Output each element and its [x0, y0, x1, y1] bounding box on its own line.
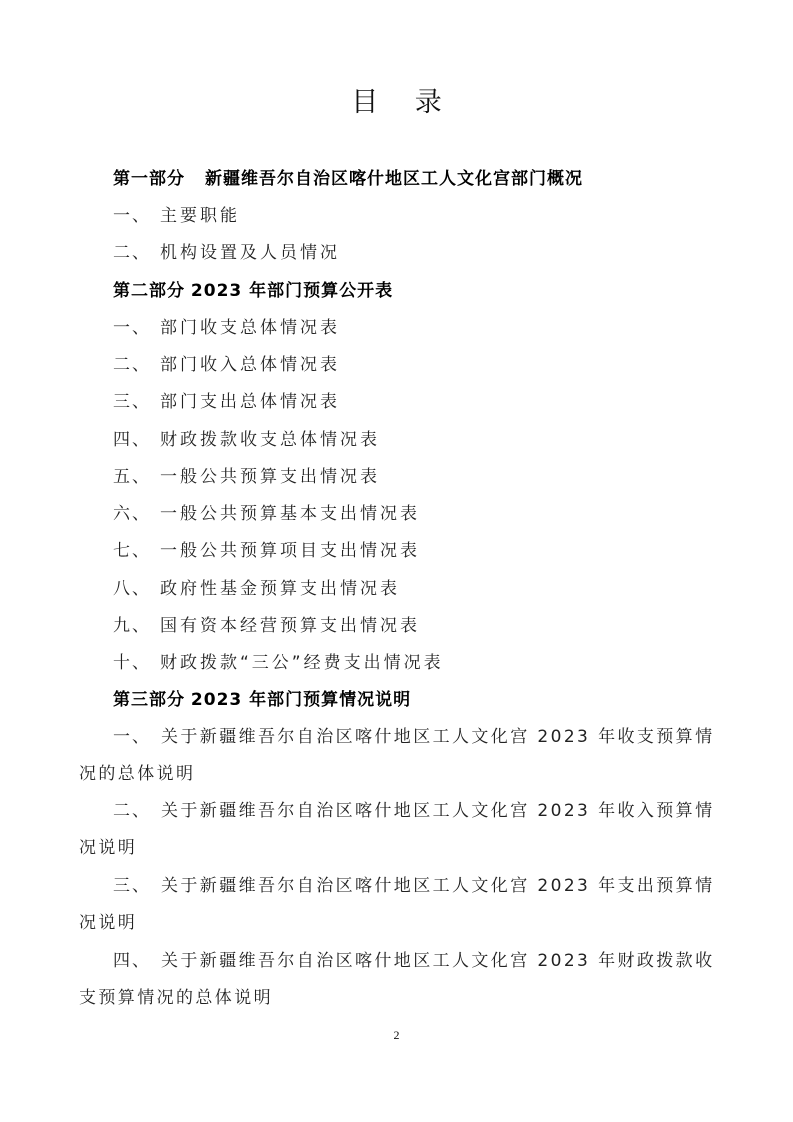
- item-text: 关于新疆维吾尔自治区喀什地区工人文化宫 2023 年财政拨款收支预算情况的总体说…: [79, 951, 714, 1008]
- item-number: 二、: [113, 241, 160, 265]
- toc-item: 三、部门支出总体情况表: [113, 390, 340, 414]
- part-title: 新疆维吾尔自治区喀什地区工人文化宫部门概况: [205, 169, 583, 189]
- item-number: 六、: [113, 502, 160, 526]
- toc-paragraph-item: 二、关于新疆维吾尔自治区喀什地区工人文化宫 2023 年收入预算情况说明: [79, 793, 719, 867]
- item-number: 七、: [113, 539, 160, 563]
- item-text: 一般公共预算基本支出情况表: [160, 504, 420, 524]
- toc-item: 二、部门收入总体情况表: [113, 353, 340, 377]
- part-label: 第三部分: [113, 690, 185, 710]
- item-text: 财政拨款收支总体情况表: [160, 430, 380, 450]
- item-text: 关于新疆维吾尔自治区喀什地区工人文化宫 2023 年收入预算情况说明: [79, 801, 714, 858]
- toc-paragraph-item: 一、关于新疆维吾尔自治区喀什地区工人文化宫 2023 年收支预算情况的总体说明: [79, 719, 719, 793]
- toc-item: 二、机构设置及人员情况: [113, 241, 340, 265]
- toc-item: 九、国有资本经营预算支出情况表: [113, 614, 420, 638]
- toc-item: 十、财政拨款“三公”经费支出情况表: [113, 651, 444, 675]
- page-number: 2: [0, 1028, 793, 1043]
- item-text: 关于新疆维吾尔自治区喀什地区工人文化宫 2023 年收支预算情况的总体说明: [79, 727, 714, 784]
- toc-item: 一、主要职能: [113, 204, 240, 228]
- item-text: 国有资本经营预算支出情况表: [160, 616, 420, 636]
- item-number: 一、: [113, 204, 160, 228]
- item-text: 关于新疆维吾尔自治区喀什地区工人文化宫 2023 年支出预算情况说明: [79, 876, 714, 933]
- item-number: 一、: [113, 719, 161, 756]
- toc-item: 五、一般公共预算支出情况表: [113, 465, 380, 489]
- item-number: 三、: [113, 868, 161, 905]
- toc-paragraph-item: 三、关于新疆维吾尔自治区喀什地区工人文化宫 2023 年支出预算情况说明: [79, 868, 719, 942]
- item-text: 政府性基金预算支出情况表: [160, 579, 400, 599]
- toc-item: 八、政府性基金预算支出情况表: [113, 577, 400, 601]
- item-text: 部门收支总体情况表: [160, 318, 340, 338]
- part-title: 2023 年部门预算情况说明: [191, 690, 411, 710]
- part-3-heading: 第三部分 2023 年部门预算情况说明: [113, 688, 411, 712]
- toc-item: 一、部门收支总体情况表: [113, 316, 340, 340]
- item-text: 财政拨款“三公”经费支出情况表: [160, 653, 444, 673]
- item-number: 三、: [113, 390, 160, 414]
- item-number: 二、: [113, 353, 160, 377]
- item-number: 二、: [113, 793, 161, 830]
- item-number: 五、: [113, 465, 160, 489]
- toc-item: 四、财政拨款收支总体情况表: [113, 428, 380, 452]
- toc-item: 六、一般公共预算基本支出情况表: [113, 502, 420, 526]
- item-text: 一般公共预算支出情况表: [160, 467, 380, 487]
- item-number: 九、: [113, 614, 160, 638]
- part-label: 第二部分: [113, 281, 185, 301]
- toc-item: 七、一般公共预算项目支出情况表: [113, 539, 420, 563]
- item-text: 一般公共预算项目支出情况表: [160, 541, 420, 561]
- toc-paragraph-item: 四、关于新疆维吾尔自治区喀什地区工人文化宫 2023 年财政拨款收支预算情况的总…: [79, 943, 719, 1017]
- item-number: 一、: [113, 316, 160, 340]
- part-title: 2023 年部门预算公开表: [191, 281, 393, 301]
- item-text: 机构设置及人员情况: [160, 243, 340, 263]
- item-text: 部门收入总体情况表: [160, 355, 340, 375]
- page-title: 目 录: [0, 80, 793, 119]
- part-2-heading: 第二部分 2023 年部门预算公开表: [113, 279, 393, 303]
- item-number: 十、: [113, 651, 160, 675]
- part-1-heading: 第一部分新疆维吾尔自治区喀什地区工人文化宫部门概况: [113, 167, 583, 191]
- item-number: 八、: [113, 577, 160, 601]
- item-number: 四、: [113, 943, 161, 980]
- item-text: 部门支出总体情况表: [160, 392, 340, 412]
- item-number: 四、: [113, 428, 160, 452]
- part-label: 第一部分: [113, 169, 185, 189]
- item-text: 主要职能: [160, 206, 240, 226]
